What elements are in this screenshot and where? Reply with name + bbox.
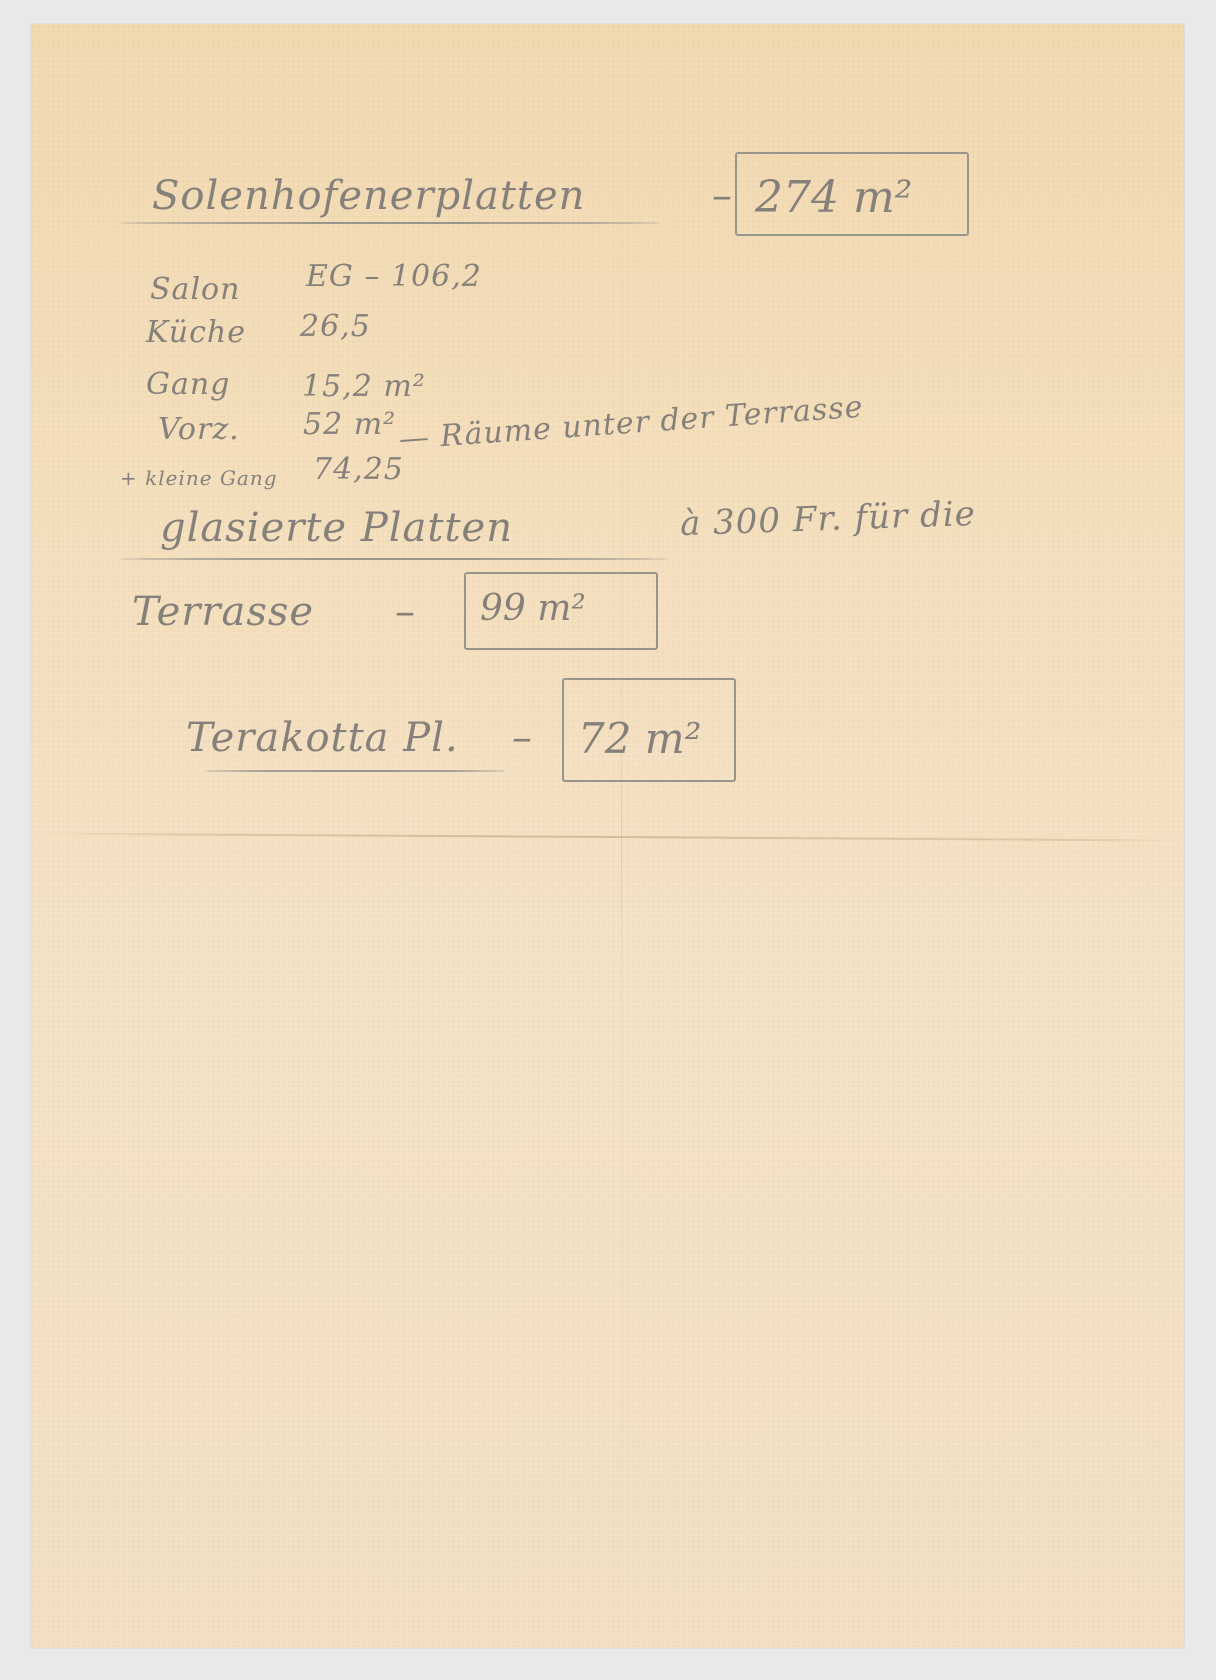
breakdown-value-gang: 15,2 m² <box>302 372 426 402</box>
terrakotta-underline <box>205 770 505 772</box>
terrasse-total: 99 m² <box>480 588 586 629</box>
breakdown-value-kleine-gang: 74,25 <box>313 455 404 485</box>
horizontal-fold-crease <box>31 832 1184 841</box>
terrakotta-total-box: 72 m² <box>562 678 736 782</box>
breakdown-room-vorz: Vorz. <box>158 415 240 445</box>
solnhofener-total-box: 274 m² <box>735 152 969 236</box>
solnhofener-dash: – <box>712 176 733 216</box>
solnhofener-label: Solenhofenerplatten <box>152 176 585 216</box>
breakdown-value-kueche: 26,5 <box>300 312 371 342</box>
terrasse-total-box: 99 m² <box>464 572 658 650</box>
glasiert-label: glasierte Platten <box>160 508 513 548</box>
terrasse-label: Terrasse <box>132 592 314 632</box>
breakdown-value-vorz: 52 m² <box>303 410 396 440</box>
glasiert-underline <box>120 558 668 560</box>
paper-sheet <box>31 24 1184 1648</box>
solnhofener-total: 274 m² <box>755 172 912 223</box>
vertical-fold-crease <box>621 24 622 1648</box>
breakdown-room-gang: Gang <box>146 370 230 400</box>
breakdown-value-salon: EG – 106,2 <box>306 262 482 292</box>
terrakotta-label: Terakotta Pl. <box>186 718 459 758</box>
glasiert-note: à 300 Fr. für die <box>679 497 976 541</box>
solnhofener-underline <box>120 222 660 224</box>
breakdown-room-kleine-gang: + kleine Gang <box>120 468 278 488</box>
breakdown-room-salon: Salon <box>150 275 240 305</box>
breakdown-room-kueche: Küche <box>146 318 246 348</box>
terrasse-dash: – <box>395 592 416 632</box>
terrakotta-total: 72 m² <box>578 714 701 763</box>
terrakotta-dash: – <box>512 718 533 758</box>
